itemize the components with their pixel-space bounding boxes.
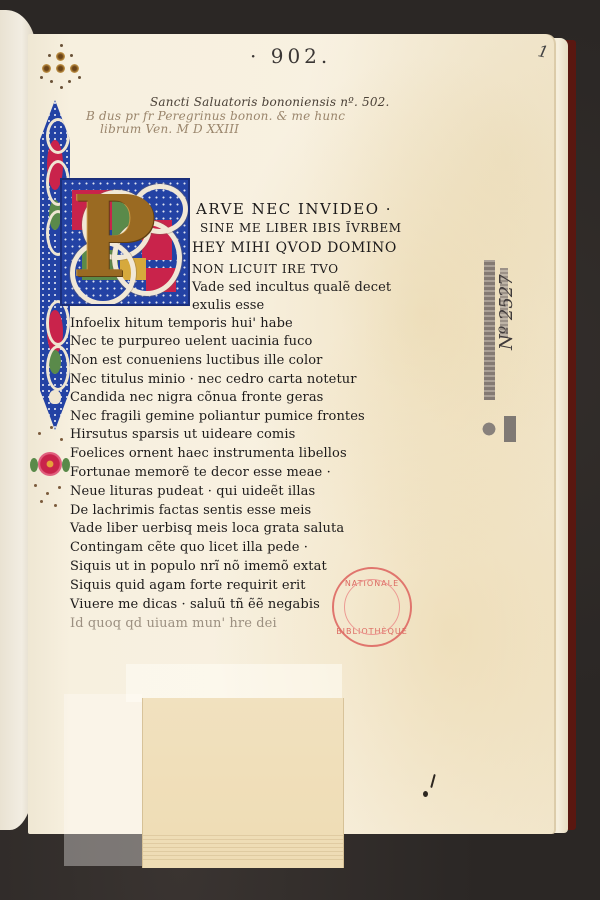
vellum-repair-patch xyxy=(142,698,344,868)
text-line: HEY MIHI QVOD DOMINO xyxy=(192,240,397,256)
text-line: De lachrimis factas sentis esse meis xyxy=(70,503,311,518)
text-line: Hirsutus sparsis ut uideare comis xyxy=(70,427,295,442)
text-line: exulis esse xyxy=(192,298,264,313)
bibliotheque-nationale-stamp: NATIONALE BIBLIOTHÈQUE xyxy=(332,567,412,647)
provenance-note-1: Sancti Saluatoris bononiensis nº. 502. xyxy=(150,95,390,109)
coat-of-arms-icon xyxy=(478,410,518,446)
text-line: Fortunae memorẽ te decor esse meae · xyxy=(70,465,331,480)
floral-ornament-icon xyxy=(38,44,84,94)
text-line: Non est conueniens luctibus ille color xyxy=(70,353,322,368)
text-line: Nec te purpureo uelent uacinia fuco xyxy=(70,334,312,349)
inventory-number: Nº 2527 xyxy=(496,274,517,350)
leaf-ornament-icon xyxy=(62,458,70,472)
text-line: Contingam cẽte quo licet illa pede · xyxy=(70,540,308,555)
text-line: Vade liber uerbisq meis loca grata salut… xyxy=(70,521,344,536)
folio-number: 1 xyxy=(536,41,550,62)
leaf-ornament-icon xyxy=(30,458,38,472)
library-stamp: Nº 2527 xyxy=(478,260,538,450)
text-line: Siquis quid agam forte requirit erit xyxy=(70,578,306,593)
text-line: Siquis ut in populo nrĩ nõ imemõ extat xyxy=(70,559,327,574)
shelfmark: · 902. xyxy=(250,44,331,68)
text-line: Id quoq qd uiuam mun' hre dei xyxy=(70,616,277,631)
text-line: Vade sed incultus qualẽ decet xyxy=(192,280,391,295)
text-line: Nec titulus minio · nec cedro carta note… xyxy=(70,372,357,387)
rose-ornament-icon xyxy=(38,452,62,476)
text-line: ARVE NEC INVIDEO · xyxy=(196,200,392,218)
text-line: Neue lituras pudeat · qui uideẽt illas xyxy=(70,484,315,499)
ink-blot xyxy=(423,791,428,797)
provenance-note-2: B dus pr fr Peregrinus bonon. & me hunc xyxy=(86,109,345,123)
ink-stroke xyxy=(430,774,436,788)
text-line: Viuere me dicas · saluũ tñ ẽẽ negabis xyxy=(70,597,320,612)
provenance-note-3: librum Ven. M D XXIII xyxy=(100,122,239,136)
text-line: SINE ME LIBER IBIS ĨVRBEM xyxy=(200,221,402,235)
text-line: Infoelix hitum temporis hui' habe xyxy=(70,316,293,331)
stamp-text-bottom: BIBLIOTHÈQUE xyxy=(334,627,410,636)
text-line: NON LICUIT IRE TVO xyxy=(192,262,339,276)
text-line: Nec fragili gemine poliantur pumice fron… xyxy=(70,409,365,424)
text-line: Foelices ornent haec instrumenta libello… xyxy=(70,446,347,461)
initial-letter: P xyxy=(72,182,156,294)
stamp-text-top: NATIONALE xyxy=(334,579,410,588)
erased-area xyxy=(126,664,342,702)
stamp-text-band xyxy=(484,260,495,400)
text-line: Candida nec nigra cõnua fronte geras xyxy=(70,390,323,405)
illuminated-initial: P xyxy=(60,178,190,306)
repaired-margin xyxy=(64,694,142,866)
